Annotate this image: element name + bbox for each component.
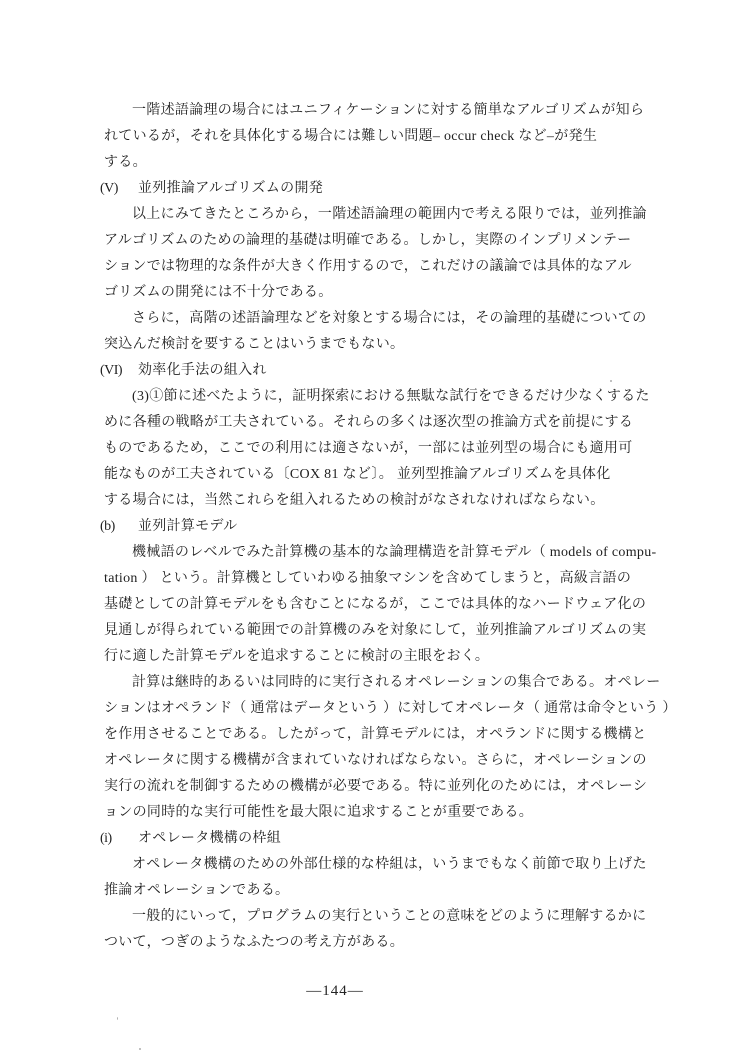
scan-artifact-dot xyxy=(139,1048,141,1050)
page-number: —144— xyxy=(0,983,710,1000)
section-marker: (i) xyxy=(100,826,138,852)
text-line: 突込んだ検討を要することはいうまでもない。 xyxy=(100,332,720,358)
text-line: めに各種の戦略が工夫されている。それらの多くは逐次型の推論方式を前提にする xyxy=(100,410,720,436)
text-line: ョンの同時的な実行可能性を最大限に追求することが重要である。 xyxy=(100,800,720,826)
text-line: 実行の流れを制御するための機構が必要である。特に並列化のためには，オペレーシ xyxy=(100,774,720,800)
text-line: (3)①節に述べたように，証明探索における無駄な試行をできるだけ少なくするた xyxy=(100,384,720,410)
text-line: ゴリズムの開発には不十分である。 xyxy=(100,280,720,306)
text-line: 能なものが工夫されている〔COX 81 など〕。 並列型推論アルゴリズムを具体化 xyxy=(100,462,720,488)
text-line: 一般的にいって，プログラムの実行ということの意味をどのように理解するかに xyxy=(100,904,720,930)
text-line: 計算は継時的あるいは同時的に実行されるオペレーションの集合である。オペレー xyxy=(100,670,720,696)
text-line: 基礎としての計算モデルをも含むことになるが，ここでは具体的なハードウェア化の xyxy=(100,592,720,618)
text-line: 以上にみてきたところから，一階述語論理の範囲内で考える限りでは，並列推論 xyxy=(100,202,720,228)
section-title: 効率化手法の組入れ xyxy=(138,363,267,378)
text-line: さらに，高階の述語論理などを対象とする場合には，その論理的基礎についての xyxy=(100,306,720,332)
scanned-page: 一階述語論理の場合にはユニフィケーションに対する簡単なアルゴリズムが知られている… xyxy=(0,0,750,1054)
text-line: オペレータに関する機構が含まれていなければならない。さらに，オペレーションの xyxy=(100,748,720,774)
text-line: ついて，つぎのようなふたつの考え方がある。 xyxy=(100,930,720,956)
section-title: オペレータ機構の枠組 xyxy=(138,831,281,846)
text-line: する場合には，当然これらを組入れるための検討がなされなければならない。 xyxy=(100,488,720,514)
text-line: tation ） という。計算機としていわゆる抽象マシンを含めてしまうと，高級言… xyxy=(100,566,720,592)
text-line: ものであるため，ここでの利用には適さないが，一部には並列型の場合にも適用可 xyxy=(100,436,720,462)
text-line: 一階述語論理の場合にはユニフィケーションに対する簡単なアルゴリズムが知ら xyxy=(100,98,720,124)
section-heading: (i)オペレータ機構の枠組 xyxy=(100,826,720,852)
text-line: 推論オペレーションである。 xyxy=(100,878,720,904)
text-line: 機械語のレベルでみた計算機の基本的な論理構造を計算モデル（ models of … xyxy=(100,540,720,566)
section-heading: (b)並列計算モデル xyxy=(100,514,720,540)
section-heading: (VI)効率化手法の組入れ xyxy=(100,358,720,384)
scan-artifact-dot xyxy=(117,1017,118,1020)
section-marker: (VI) xyxy=(100,358,138,384)
scan-artifact-dot xyxy=(610,380,612,382)
text-line: 行に適した計算モデルを追求することに検討の主眼をおく。 xyxy=(100,644,720,670)
section-heading: (V)並列推論アルゴリズムの開発 xyxy=(100,176,720,202)
section-title: 並列推論アルゴリズムの開発 xyxy=(138,181,323,196)
text-block: 一階述語論理の場合にはユニフィケーションに対する簡単なアルゴリズムが知られている… xyxy=(100,98,720,956)
text-line: ションでは物理的な条件が大きく作用するので，これだけの議論では具体的なアル xyxy=(100,254,720,280)
section-marker: (b) xyxy=(100,514,138,540)
section-title: 並列計算モデル xyxy=(138,519,237,534)
text-line: アルゴリズムのための論理的基礎は明確である。しかし，実際のインプリメンテー xyxy=(100,228,720,254)
text-line: オペレータ機構のための外部仕様的な枠組は，いうまでもなく前節で取り上げた xyxy=(100,852,720,878)
text-line: れているが，それを具体化する場合には難しい問題– occur check など–… xyxy=(100,124,720,150)
text-line: 見通しが得られている範囲での計算機のみを対象にして，並列推論アルゴリズムの実 xyxy=(100,618,720,644)
text-line: する。 xyxy=(100,150,720,176)
section-marker: (V) xyxy=(100,176,138,202)
text-line: を作用させることである。したがって，計算モデルには，オペランドに関する機構と xyxy=(100,722,720,748)
text-line: ションはオペランド（ 通常はデータという ）に対してオペレータ（ 通常は命令とい… xyxy=(100,696,720,722)
